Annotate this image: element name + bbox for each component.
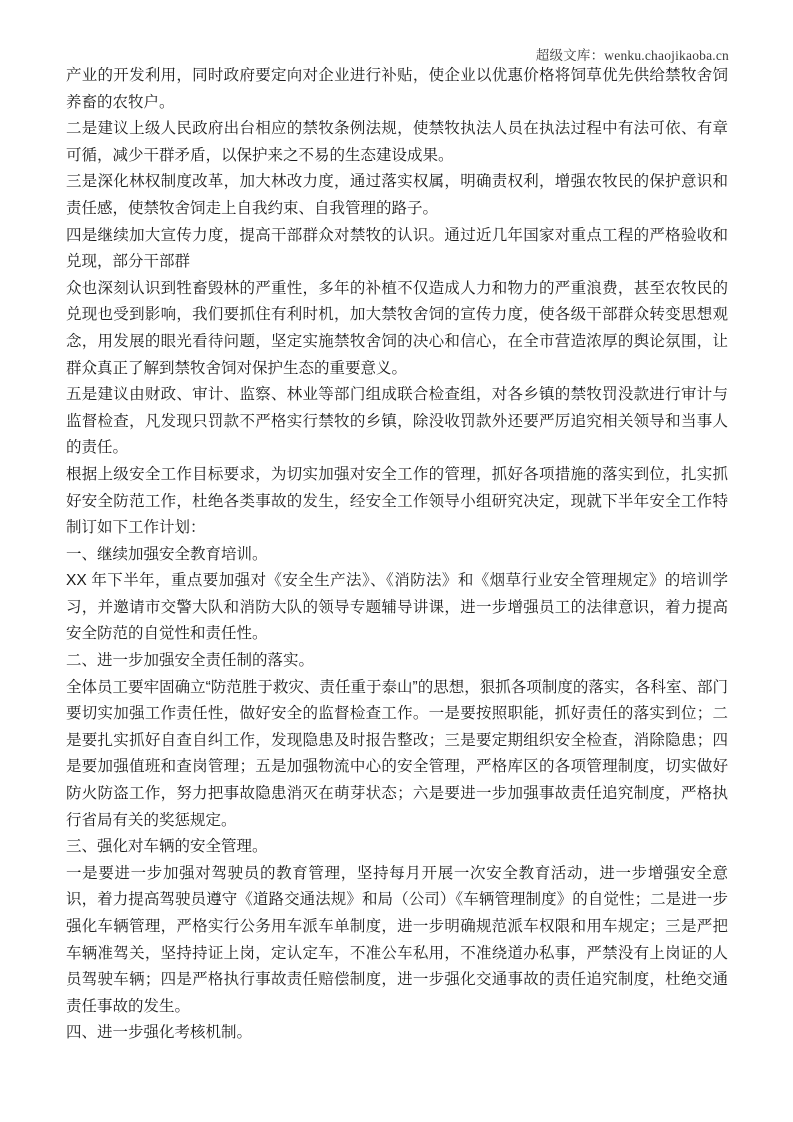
paragraph: 一、继续加强安全教育培训。 [66,542,728,569]
watermark-site-label: 超级文库：wenku.chaojikaoba.cn [536,44,729,64]
paragraph: 五是建议由财政、审计、监察、林业等部门组成联合检查组，对各乡镇的禁牧罚没款进行审… [66,382,728,462]
paragraph: XX 年下半年，重点要加强对《安全生产法》、《消防法》和《烟草行业安全管理规定》… [66,568,728,648]
document-page: 超级文库：wenku.chaojikaoba.cn 产业的开发利用，同时政府要定… [0,0,793,1122]
paragraph: 全体员工要牢固确立“防范胜于救灾、责任重于泰山”的思想，狠抓各项制度的落实，各科… [66,675,728,835]
paragraph: 根据上级安全工作目标要求，为切实加强对安全工作的管理，抓好各项措施的落实到位，扎… [66,462,728,542]
paragraph: 产业的开发利用，同时政府要定向对企业进行补贴，使企业以优惠价格将饲草优先供给禁牧… [66,63,728,116]
paragraph: 一是要进一步加强对驾驶员的教育管理，坚持每月开展一次安全教育活动，进一步增强安全… [66,861,728,1021]
document-body: 产业的开发利用，同时政府要定向对企业进行补贴，使企业以优惠价格将饲草优先供给禁牧… [66,63,728,1047]
paragraph: 四是继续加大宣传力度，提高干部群众对禁牧的认识。通过近几年国家对重点工程的严格验… [66,223,728,276]
paragraph: 四、进一步强化考核机制。 [66,1020,728,1047]
paragraph: 三、强化对车辆的安全管理。 [66,834,728,861]
paragraph: 二、进一步加强安全责任制的落实。 [66,648,728,675]
paragraph: 二是建议上级人民政府出台相应的禁牧条例法规，使禁牧执法人员在执法过程中有法可依、… [66,116,728,169]
paragraph: 三是深化林权制度改革，加大林改力度，通过落实权属，明确责权利，增强农牧民的保护意… [66,169,728,222]
paragraph: 众也深刻认识到牲畜毁林的严重性，多年的补植不仅造成人力和物力的严重浪费，甚至农牧… [66,276,728,382]
